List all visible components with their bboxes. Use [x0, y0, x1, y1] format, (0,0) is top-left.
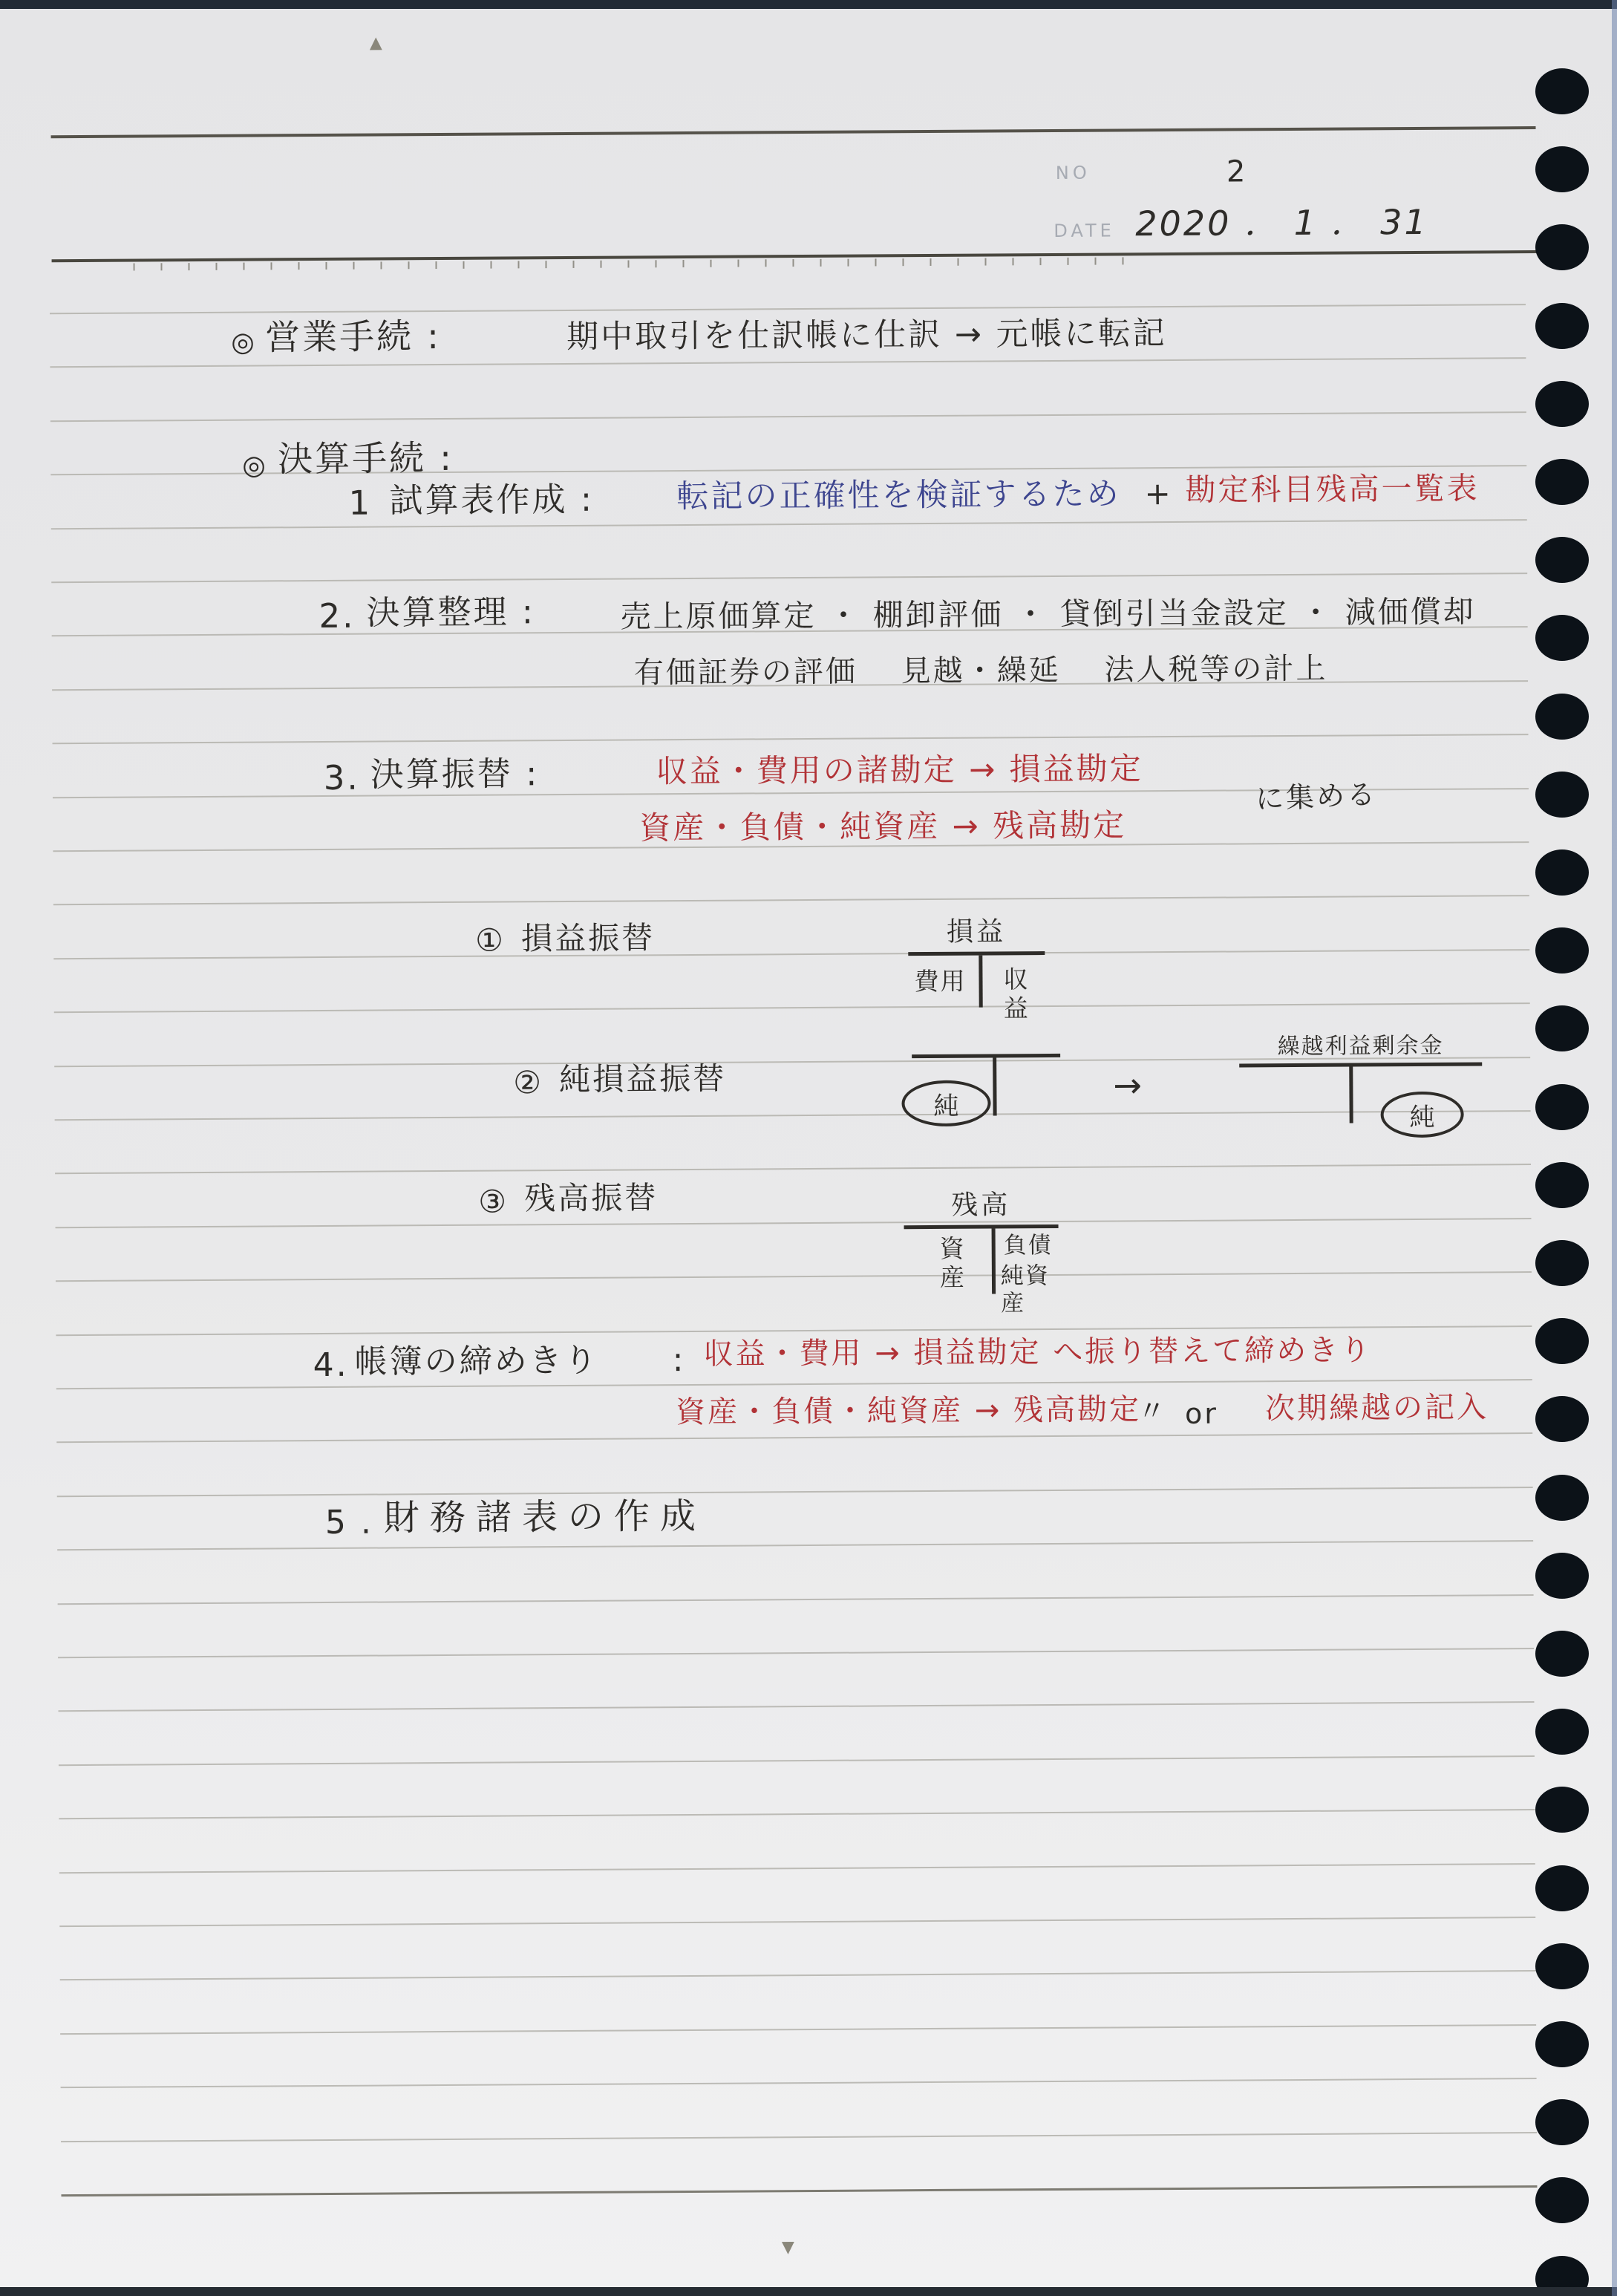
step3-gather-note: に集める: [1255, 778, 1378, 815]
t-account-divider: [979, 956, 982, 1008]
punch-hole: [1535, 1084, 1589, 1130]
punch-hole: [1535, 1318, 1589, 1364]
step2-title: 決算整理 :: [366, 593, 535, 632]
scan-edge-right: [1612, 0, 1617, 2296]
date-label: DATE: [1053, 221, 1115, 241]
bottom-registration-mark: ▼: [782, 2238, 797, 2257]
punch-hole: [1535, 381, 1589, 427]
t-account-profit-loss: 損益 費用 収益: [908, 910, 1045, 1008]
t-account-right-entry: 収益: [1003, 965, 1045, 1023]
step5-title: 財務諸表の作成: [384, 1496, 706, 1539]
step1-plus-sign: +: [1144, 476, 1172, 512]
ruled-line: [58, 1594, 1534, 1605]
punch-hole: [1535, 1475, 1589, 1521]
punch-hole: [1535, 146, 1589, 192]
ruled-line: [59, 1755, 1535, 1766]
step4-title: 帳簿の締めきり: [354, 1343, 598, 1382]
punch-hole: [1535, 1865, 1589, 1911]
date-value: 2020 ． 1 ． 31: [1135, 203, 1428, 244]
ruled-line: [56, 1432, 1532, 1443]
punch-hole: [1535, 1396, 1589, 1442]
step4-number: 4.: [313, 1347, 349, 1385]
sub1-title: 損益振替: [521, 920, 655, 956]
step4-rule3: 次期繰越の記入: [1265, 1390, 1489, 1426]
t-account-left-entry: 資産: [940, 1235, 973, 1293]
step4-rule1: 収益・費用 → 損益勘定 へ振り替えて締めきり: [703, 1333, 1372, 1372]
no-label: NO: [1056, 163, 1091, 184]
t-account-divider: [992, 1228, 996, 1294]
operating-title: 営業手続 :: [265, 317, 441, 358]
ruled-line: [61, 2132, 1537, 2142]
t-account-right-top-entry: 負債: [1004, 1232, 1053, 1259]
t-account-profit-loss-title: 損益: [908, 910, 1045, 949]
ruled-line: [56, 1218, 1532, 1228]
t-account-divider: [993, 1057, 996, 1115]
punch-hole: [1535, 772, 1589, 818]
punch-hole: [1535, 2021, 1589, 2067]
t-account-retained-earnings: 繰越利益剰余金 純: [1239, 1026, 1483, 1123]
t-account-right-bottom-entry: 純資産: [1001, 1262, 1059, 1317]
sub3-title: 残高振替: [524, 1180, 658, 1216]
step3-title: 決算振替 :: [370, 754, 540, 794]
step4-rule2: 資産・負債・純資産 → 残高勘定: [676, 1392, 1141, 1429]
ruled-line: [50, 357, 1526, 368]
t-account-balance: 残高 資産 負債 純資産: [904, 1184, 1059, 1294]
scan-edge-top: [0, 0, 1617, 9]
step3-rule1: 収益・費用の諸勘定 → 損益勘定: [656, 751, 1143, 789]
step2-number: 2.: [318, 597, 355, 636]
step3-rule2: 資産・負債・純資産 → 残高勘定: [639, 807, 1126, 846]
ruled-line: [57, 1487, 1533, 1497]
punch-hole: [1535, 1787, 1589, 1833]
t-account-net-income-left: 純: [912, 1054, 1061, 1116]
closing-title: 決算手続 :: [278, 439, 454, 480]
ruled-line: [51, 573, 1527, 583]
sub3-number: ③: [478, 1184, 509, 1220]
t-account-retained-earnings-title: 繰越利益剰余金: [1239, 1026, 1482, 1060]
step4-colon: :: [672, 1342, 685, 1380]
ruled-line: [58, 1648, 1534, 1658]
ruled-line: [55, 1164, 1531, 1174]
sub2-arrow: →: [1113, 1066, 1144, 1105]
step4-ditto-mark: 〃: [1137, 1395, 1168, 1428]
operating-body: 期中取引を仕訳帳に仕訳 → 元帳に転記: [566, 316, 1167, 356]
t-account-net-income-left-body: 純: [912, 1054, 1061, 1116]
punch-hole: [1535, 1005, 1589, 1051]
t-account-divider: [1349, 1067, 1353, 1123]
circled-net-mark-left: 純: [901, 1080, 990, 1127]
t-account-profit-loss-body: 費用 収益: [908, 951, 1045, 1008]
ruled-line: [59, 1809, 1535, 1819]
operating-bullet: ◎: [231, 327, 257, 359]
step5-number: 5 .: [325, 1504, 373, 1542]
punch-hole: [1535, 615, 1589, 661]
t-account-balance-title: 残高: [904, 1184, 1058, 1222]
punch-hole: [1535, 694, 1589, 740]
punch-hole: [1535, 224, 1589, 270]
step1-number: 1: [348, 484, 372, 523]
ruled-line: [60, 1970, 1536, 1980]
ruled-line: [61, 2078, 1537, 2088]
ruled-line: [56, 1271, 1532, 1282]
step4-or-word: or: [1185, 1398, 1218, 1431]
closing-bullet: ◎: [242, 450, 268, 481]
punch-hole: [1535, 537, 1589, 583]
circled-net-mark-right: 純: [1380, 1092, 1463, 1138]
punch-hole: [1535, 849, 1589, 896]
punch-hole: [1535, 2099, 1589, 2145]
t-account-retained-earnings-body: 純: [1239, 1062, 1482, 1123]
ruled-line: [58, 1701, 1534, 1712]
step1-result: 勘定科目残高一覧表: [1185, 471, 1479, 508]
punch-hole: [1535, 927, 1589, 973]
ruled-line: [59, 1917, 1535, 1927]
ruled-line: [53, 949, 1529, 959]
punch-hole: [1535, 1553, 1589, 1599]
step1-purpose: 転記の正確性を検証するため: [676, 476, 1120, 515]
ruled-line: [50, 304, 1526, 314]
notebook-page: ▲ ▼ NO DATE 2 2020 ． 1 ． 31 ◎ 営業手続 : 期中取…: [0, 0, 1617, 2296]
punch-hole: [1535, 459, 1589, 505]
step2-items-line2: 有価証券の評価 見越・繰延 法人税等の計上: [634, 652, 1328, 691]
scan-edge-bottom: [0, 2287, 1617, 2296]
ruled-line: [59, 1863, 1535, 1873]
ruled-line: [60, 2024, 1536, 2035]
t-account-balance-body: 資産 負債 純資産: [904, 1224, 1059, 1294]
step1-title: 試算表作成 :: [389, 480, 594, 520]
ruled-line: [53, 895, 1529, 905]
top-registration-mark: ▲: [370, 33, 385, 52]
punch-hole: [1535, 1240, 1589, 1286]
page-number: 2: [1226, 154, 1248, 189]
sub2-number: ②: [513, 1065, 543, 1101]
ruled-line: [53, 734, 1529, 744]
punch-hole: [1535, 68, 1589, 114]
punch-hole: [1535, 1162, 1589, 1208]
step3-number: 3.: [324, 759, 360, 798]
punch-hole: [1535, 1709, 1589, 1755]
punch-hole: [1535, 2177, 1589, 2223]
header-rule-top: [51, 126, 1536, 138]
step2-items-line1: 売上原価算定 ・ 棚卸評価 ・ 貸倒引当金設定 ・ 減価償却: [620, 595, 1475, 635]
ruled-line: [61, 2185, 1537, 2196]
punch-hole: [1535, 303, 1589, 349]
sub1-number: ①: [475, 922, 506, 959]
ruled-line: [57, 1540, 1533, 1550]
ruled-line: [54, 1002, 1530, 1013]
t-account-left-entry: 費用: [914, 968, 966, 997]
punch-hole: [1535, 1943, 1589, 1989]
ruled-line: [56, 1379, 1532, 1389]
ruled-line: [51, 519, 1527, 529]
paper-sheet: ▲ ▼ NO DATE 2 2020 ． 1 ． 31 ◎ 営業手続 : 期中取…: [0, 0, 1617, 2296]
sub2-title: 純損益振替: [559, 1061, 726, 1098]
ruled-line: [50, 411, 1526, 422]
punch-hole: [1535, 1631, 1589, 1677]
